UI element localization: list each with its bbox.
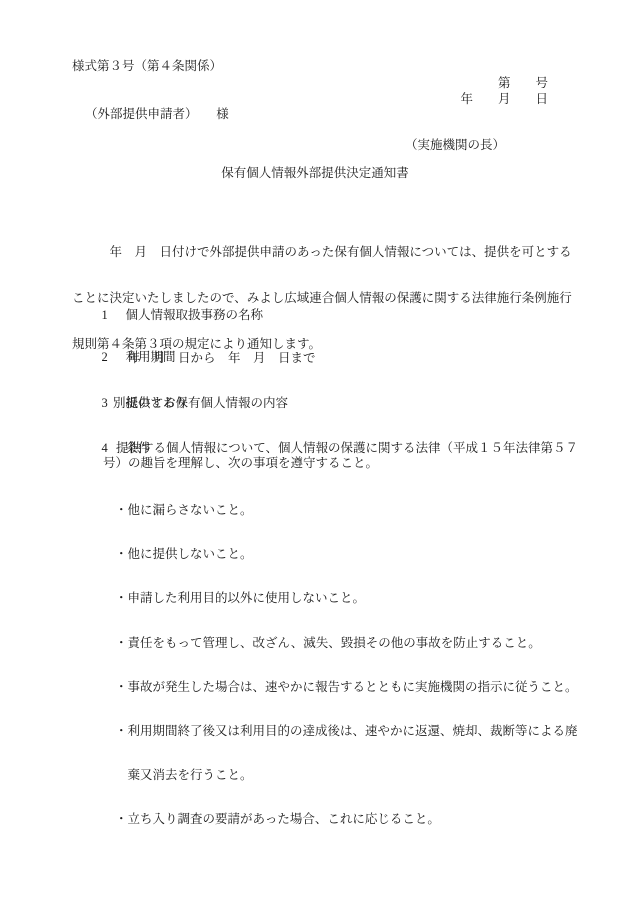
item-2-number: 2 xyxy=(102,350,126,365)
condition-line: ・責任をもって管理し、改ざん、滅失、毀損その他の事故を防止すること。 xyxy=(115,636,585,650)
item-4-intro-line: 号）の趣旨を理解し、次の事項を遵守すること。 xyxy=(103,453,378,471)
body-paragraph-line: 年 月 日付けで外部提供申請のあった保有個人情報については、提供を可とする xyxy=(72,245,568,260)
addressee-line: （外部提供申請者） 様 xyxy=(85,104,229,122)
condition-line: ・申請した利用目的以外に使用しないこと。 xyxy=(115,591,585,605)
document-title: 保有個人情報外部提供決定通知書 xyxy=(0,163,630,181)
item-3-detail: 別紙のとおり xyxy=(113,393,188,411)
sender-line: （実施機関の長） xyxy=(405,135,505,153)
condition-line: ・事故が発生した場合は、速やかに報告するとともに実施機関の指示に従うこと。 xyxy=(115,680,585,694)
item-1-number: 1 xyxy=(102,308,126,323)
item-1-heading: 1個人情報取扱事務の名称 xyxy=(89,290,263,338)
condition-line: ・利用期間終了後又は利用目的の達成後は、速やかに返還、焼却、裁断等による廃 xyxy=(115,724,585,738)
item-1-label: 個人情報取扱事務の名称 xyxy=(126,308,264,322)
item-4-condition-list: ・他に漏らさないこと。 ・他に提供しないこと。 ・申請した利用目的以外に使用しな… xyxy=(115,473,585,857)
condition-line-continuation: 棄又消去を行うこと。 xyxy=(128,768,586,782)
item-2-detail: 年 月 日から 年 月 日まで xyxy=(128,348,316,366)
condition-line: ・他に漏らさないこと。 xyxy=(115,503,585,517)
document-page: 様式第３号（第４条関係） 第 号 年 月 日 （外部提供申請者） 様 （実施機関… xyxy=(0,0,630,903)
form-number: 様式第３号（第４条関係） xyxy=(72,56,222,74)
condition-line: ・立ち入り調査の要請があった場合、これに応じること。 xyxy=(115,812,585,826)
condition-line: ・他に提供しないこと。 xyxy=(115,547,585,561)
date-line: 年 月 日 xyxy=(460,89,548,107)
